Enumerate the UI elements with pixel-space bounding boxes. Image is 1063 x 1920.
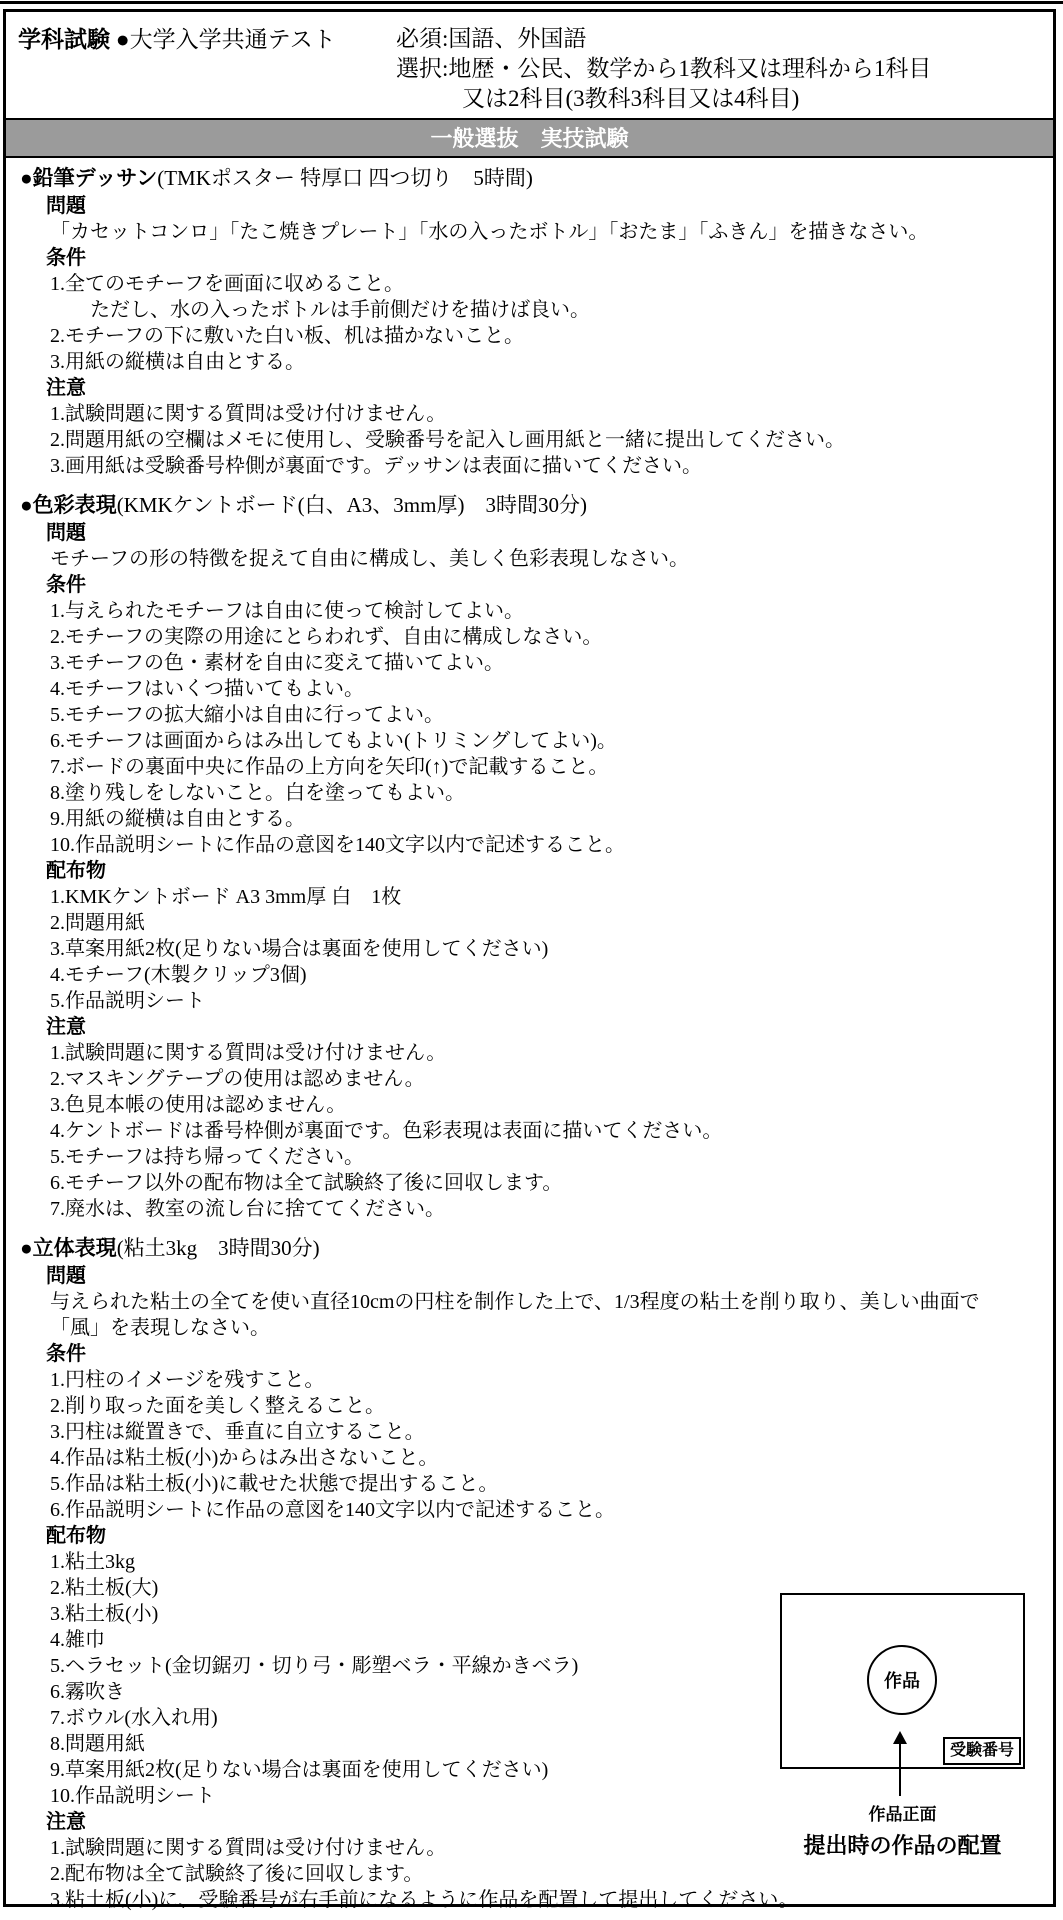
block-label: 注意 (6, 1014, 1053, 1040)
block-label: 配布物 (6, 1523, 1053, 1549)
academic-test-heading: 学科試験 ●大学入学共通テスト (6, 18, 396, 114)
section-title-text: ●色彩表現 (20, 494, 117, 517)
block-label: 条件 (6, 245, 1053, 271)
block-line: 「カセットコンロ」「たこ焼きプレート」「水の入ったボトル」「おたま」「ふきん」を… (6, 219, 1053, 245)
block-line: 2.問題用紙の空欄はメモに使用し、受験番号を記入し画用紙と一緒に提出してください… (6, 427, 1053, 453)
document-page: 学科試験 ●大学入学共通テスト 必須:国語、外国語 選択:地歴・公民、数学から1… (0, 0, 1063, 1920)
diagram-caption: 提出時の作品の配置 (780, 1829, 1025, 1860)
exam-section: ●色彩表現(KMKケントボード(白、A3、3mm厚) 3時間30分)問題モチーフ… (6, 491, 1053, 1222)
block-line: 4.作品は粘土板(小)からはみ出さないこと。 (6, 1445, 1053, 1471)
section-title: ●鉛筆デッサン(TMKポスター 特厚口 四つ切り 5時間) (6, 164, 1053, 193)
block-line: 2.モチーフの下に敷いた白い板、机は描かないこと。 (6, 323, 1053, 349)
block-line: 1.試験問題に関する質問は受け付けません。 (6, 1040, 1053, 1066)
section-title-text: ●鉛筆デッサン (20, 167, 157, 190)
block-line: 4.モチーフ(木製クリップ3個) (6, 962, 1053, 988)
block-line: 7.ボードの裏面中央に作品の上方向を矢印(↑)で記載すること。 (6, 754, 1053, 780)
section-title: ●色彩表現(KMKケントボード(白、A3、3mm厚) 3時間30分) (6, 491, 1053, 520)
block-line: 3.色見本帳の使用は認めません。 (6, 1092, 1053, 1118)
front-direction-arrow (888, 1731, 912, 1796)
block-line: 1.全てのモチーフを画面に収めること。 (6, 271, 1053, 297)
section-title: ●立体表現(粘土3kg 3時間30分) (6, 1234, 1053, 1263)
block-line: 10.作品説明シートに作品の意図を140文字以内で記述すること。 (6, 832, 1053, 858)
block-line: 4.ケントボードは番号枠側が裏面です。色彩表現は表面に描いてください。 (6, 1118, 1053, 1144)
section-title-note: (粘土3kg 3時間30分) (117, 1236, 320, 1260)
section-title-note: (TMKポスター 特厚口 四つ切り 5時間) (157, 166, 533, 190)
block-line: 3.画用紙は受験番号枠側が裏面です。デッサンは表面に描いてください。 (6, 453, 1053, 479)
block-line: ただし、水の入ったボトルは手前側だけを描けば良い。 (6, 297, 1053, 323)
block-label: 注意 (6, 375, 1053, 401)
block-label: 条件 (6, 1341, 1053, 1367)
work-label: 作品 (884, 1667, 920, 1693)
block-line: 4.モチーフはいくつ描いてもよい。 (6, 676, 1053, 702)
block-line: 7.廃水は、教室の流し台に捨ててください。 (6, 1196, 1053, 1222)
block-line: 「風」を表現しなさい。 (6, 1315, 1053, 1341)
block-line: 1.試験問題に関する質問は受け付けません。 (6, 401, 1053, 427)
exam-section: ●鉛筆デッサン(TMKポスター 特厚口 四つ切り 5時間)問題「カセットコンロ」… (6, 164, 1053, 479)
block-line: 3.円柱は縦置きで、垂直に自立すること。 (6, 1419, 1053, 1445)
block-line: 3.草案用紙2枚(足りない場合は裏面を使用してください) (6, 936, 1053, 962)
block-label: 問題 (6, 520, 1053, 546)
block-line: 5.作品は粘土板(小)に載せた状態で提出すること。 (6, 1471, 1053, 1497)
block-line: 2.削り取った面を美しく整えること。 (6, 1393, 1053, 1419)
section-title-note: (KMKケントボード(白、A3、3mm厚) 3時間30分) (117, 493, 587, 517)
block-line: 5.作品説明シート (6, 988, 1053, 1014)
document-frame: 学科試験 ●大学入学共通テスト 必須:国語、外国語 選択:地歴・公民、数学から1… (3, 9, 1056, 1907)
block-line: 2.マスキングテープの使用は認めません。 (6, 1066, 1053, 1092)
block-line: 5.モチーフは持ち帰ってください。 (6, 1144, 1053, 1170)
academic-test-section: 学科試験 ●大学入学共通テスト 必須:国語、外国語 選択:地歴・公民、数学から1… (6, 12, 1053, 120)
practical-test-content: ●鉛筆デッサン(TMKポスター 特厚口 四つ切り 5時間)問題「カセットコンロ」… (6, 158, 1053, 1913)
block-line: 8.塗り残しをしないこと。白を塗ってもよい。 (6, 780, 1053, 806)
block-label: 問題 (6, 1263, 1053, 1289)
block-line: 3.モチーフの色・素材を自由に変えて描いてよい。 (6, 650, 1053, 676)
academic-test-name: ●大学入学共通テスト (116, 27, 336, 52)
practical-test-header-bar: 一般選抜 実技試験 (6, 120, 1053, 158)
section-title-text: ●立体表現 (20, 1237, 117, 1260)
block-line: 2.モチーフの実際の用途にとらわれず、自由に構成しなさい。 (6, 624, 1053, 650)
block-line: 6.モチーフ以外の配布物は全て試験終了後に回収します。 (6, 1170, 1053, 1196)
block-line: 与えられた粘土の全てを使い直径10cmの円柱を制作した上で、1/3程度の粘土を削… (6, 1289, 1053, 1315)
block-line: モチーフの形の特徴を捉えて自由に構成し、美しく色彩表現しなさい。 (6, 546, 1053, 572)
block-line: 1.円柱のイメージを残すこと。 (6, 1367, 1053, 1393)
academic-required-subjects: 必須:国語、外国語 (396, 24, 1053, 54)
block-line: 1.与えられたモチーフは自由に使って検討してよい。 (6, 598, 1053, 624)
block-line: 6.モチーフは画面からはみ出してもよい(トリミングしてよい)。 (6, 728, 1053, 754)
block-line: 1.KMKケントボード A3 3mm厚 白 1枚 (6, 884, 1053, 910)
academic-elective-subjects: 選択:地歴・公民、数学から1教科又は理科から1科目 (396, 54, 1053, 84)
block-line: 2.配布物は全て試験終了後に回収します。 (6, 1861, 1053, 1887)
placement-diagram: 作品 受験番号 作品正面 提出時の作品の配置 (780, 1593, 1025, 1861)
block-line: 5.モチーフの拡大縮小は自由に行ってよい。 (6, 702, 1053, 728)
academic-elective-continuation: 又は2科目(3教科3科目又は4科目) (396, 84, 1053, 114)
arrow-line (899, 1744, 901, 1796)
block-line: 3.粘土板(小)に、受験番号が右手前になるように作品を配置して提出してください。 (6, 1887, 1053, 1913)
top-rule (0, 1, 1063, 4)
block-label: 問題 (6, 193, 1053, 219)
block-line: 1.粘土3kg (6, 1549, 1053, 1575)
work-front-label: 作品正面 (780, 1800, 1025, 1825)
exam-number-box: 受験番号 (943, 1737, 1021, 1765)
academic-test-title: 学科試験 (18, 26, 110, 52)
work-circle: 作品 (867, 1645, 937, 1715)
block-line: 2.問題用紙 (6, 910, 1053, 936)
block-label: 条件 (6, 572, 1053, 598)
block-line: 9.用紙の縦横は自由とする。 (6, 806, 1053, 832)
block-line: 6.作品説明シートに作品の意図を140文字以内で記述すること。 (6, 1497, 1053, 1523)
arrow-head-icon (893, 1731, 907, 1744)
academic-test-details: 必須:国語、外国語 選択:地歴・公民、数学から1教科又は理科から1科目 又は2科… (396, 18, 1053, 114)
block-label: 配布物 (6, 858, 1053, 884)
block-line: 3.用紙の縦横は自由とする。 (6, 349, 1053, 375)
